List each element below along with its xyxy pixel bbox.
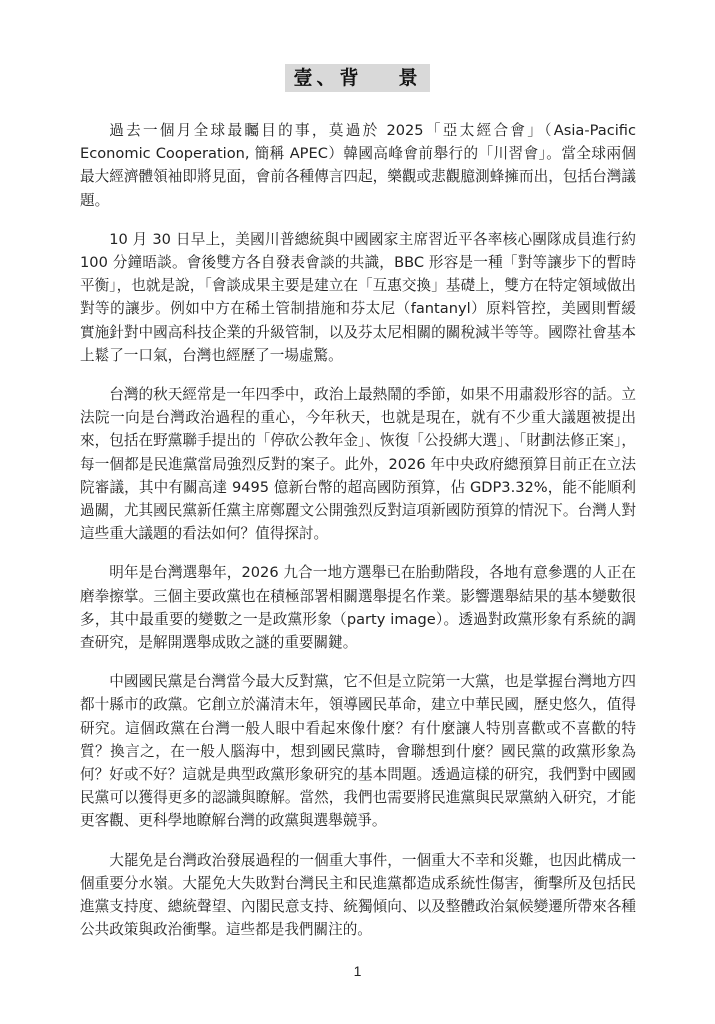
section-title: 壹、背景 [285,64,429,92]
page-number: 1 [0,963,715,979]
paragraph-election-year: 明年是台灣選舉年，2026 九合一地方選舉已在胎動階段，各地有意參選的人正在磨拳… [80,561,636,654]
paragraph-apec: 過去一個月全球最矚目的事，莫過於 2025「亞太經合會」（Asia-Pacifi… [80,119,636,212]
paragraph-kmt: 中國國民黨是台灣當今最大反對黨，它不但是立院第一大黨，也是掌握台灣地方四都十縣市… [80,670,636,832]
paragraph-mass-recall: 大罷免是台灣政治發展過程的一個重大事件，一個重大不幸和災難，也因此構成一個重要分… [80,849,636,942]
section-title-wrapper: 壹、背景 [0,64,715,92]
document-body: 過去一個月全球最矚目的事，莫過於 2025「亞太經合會」（Asia-Pacifi… [80,119,636,958]
section-title-number: 壹、背 [293,67,362,89]
section-title-rest: 景 [399,67,422,89]
document-page: 壹、背景 過去一個月全球最矚目的事，莫過於 2025「亞太經合會」（Asia-P… [0,0,715,1024]
paragraph-trump-xi-meeting: 10 月 30 日早上，美國川普總統與中國國家主席習近平各率核心團隊成員進行約 … [80,228,636,367]
paragraph-autumn-politics: 台灣的秋天經常是一年四季中，政治上最熱鬧的季節，如果不用肅殺形容的話。立法院一向… [80,383,636,545]
